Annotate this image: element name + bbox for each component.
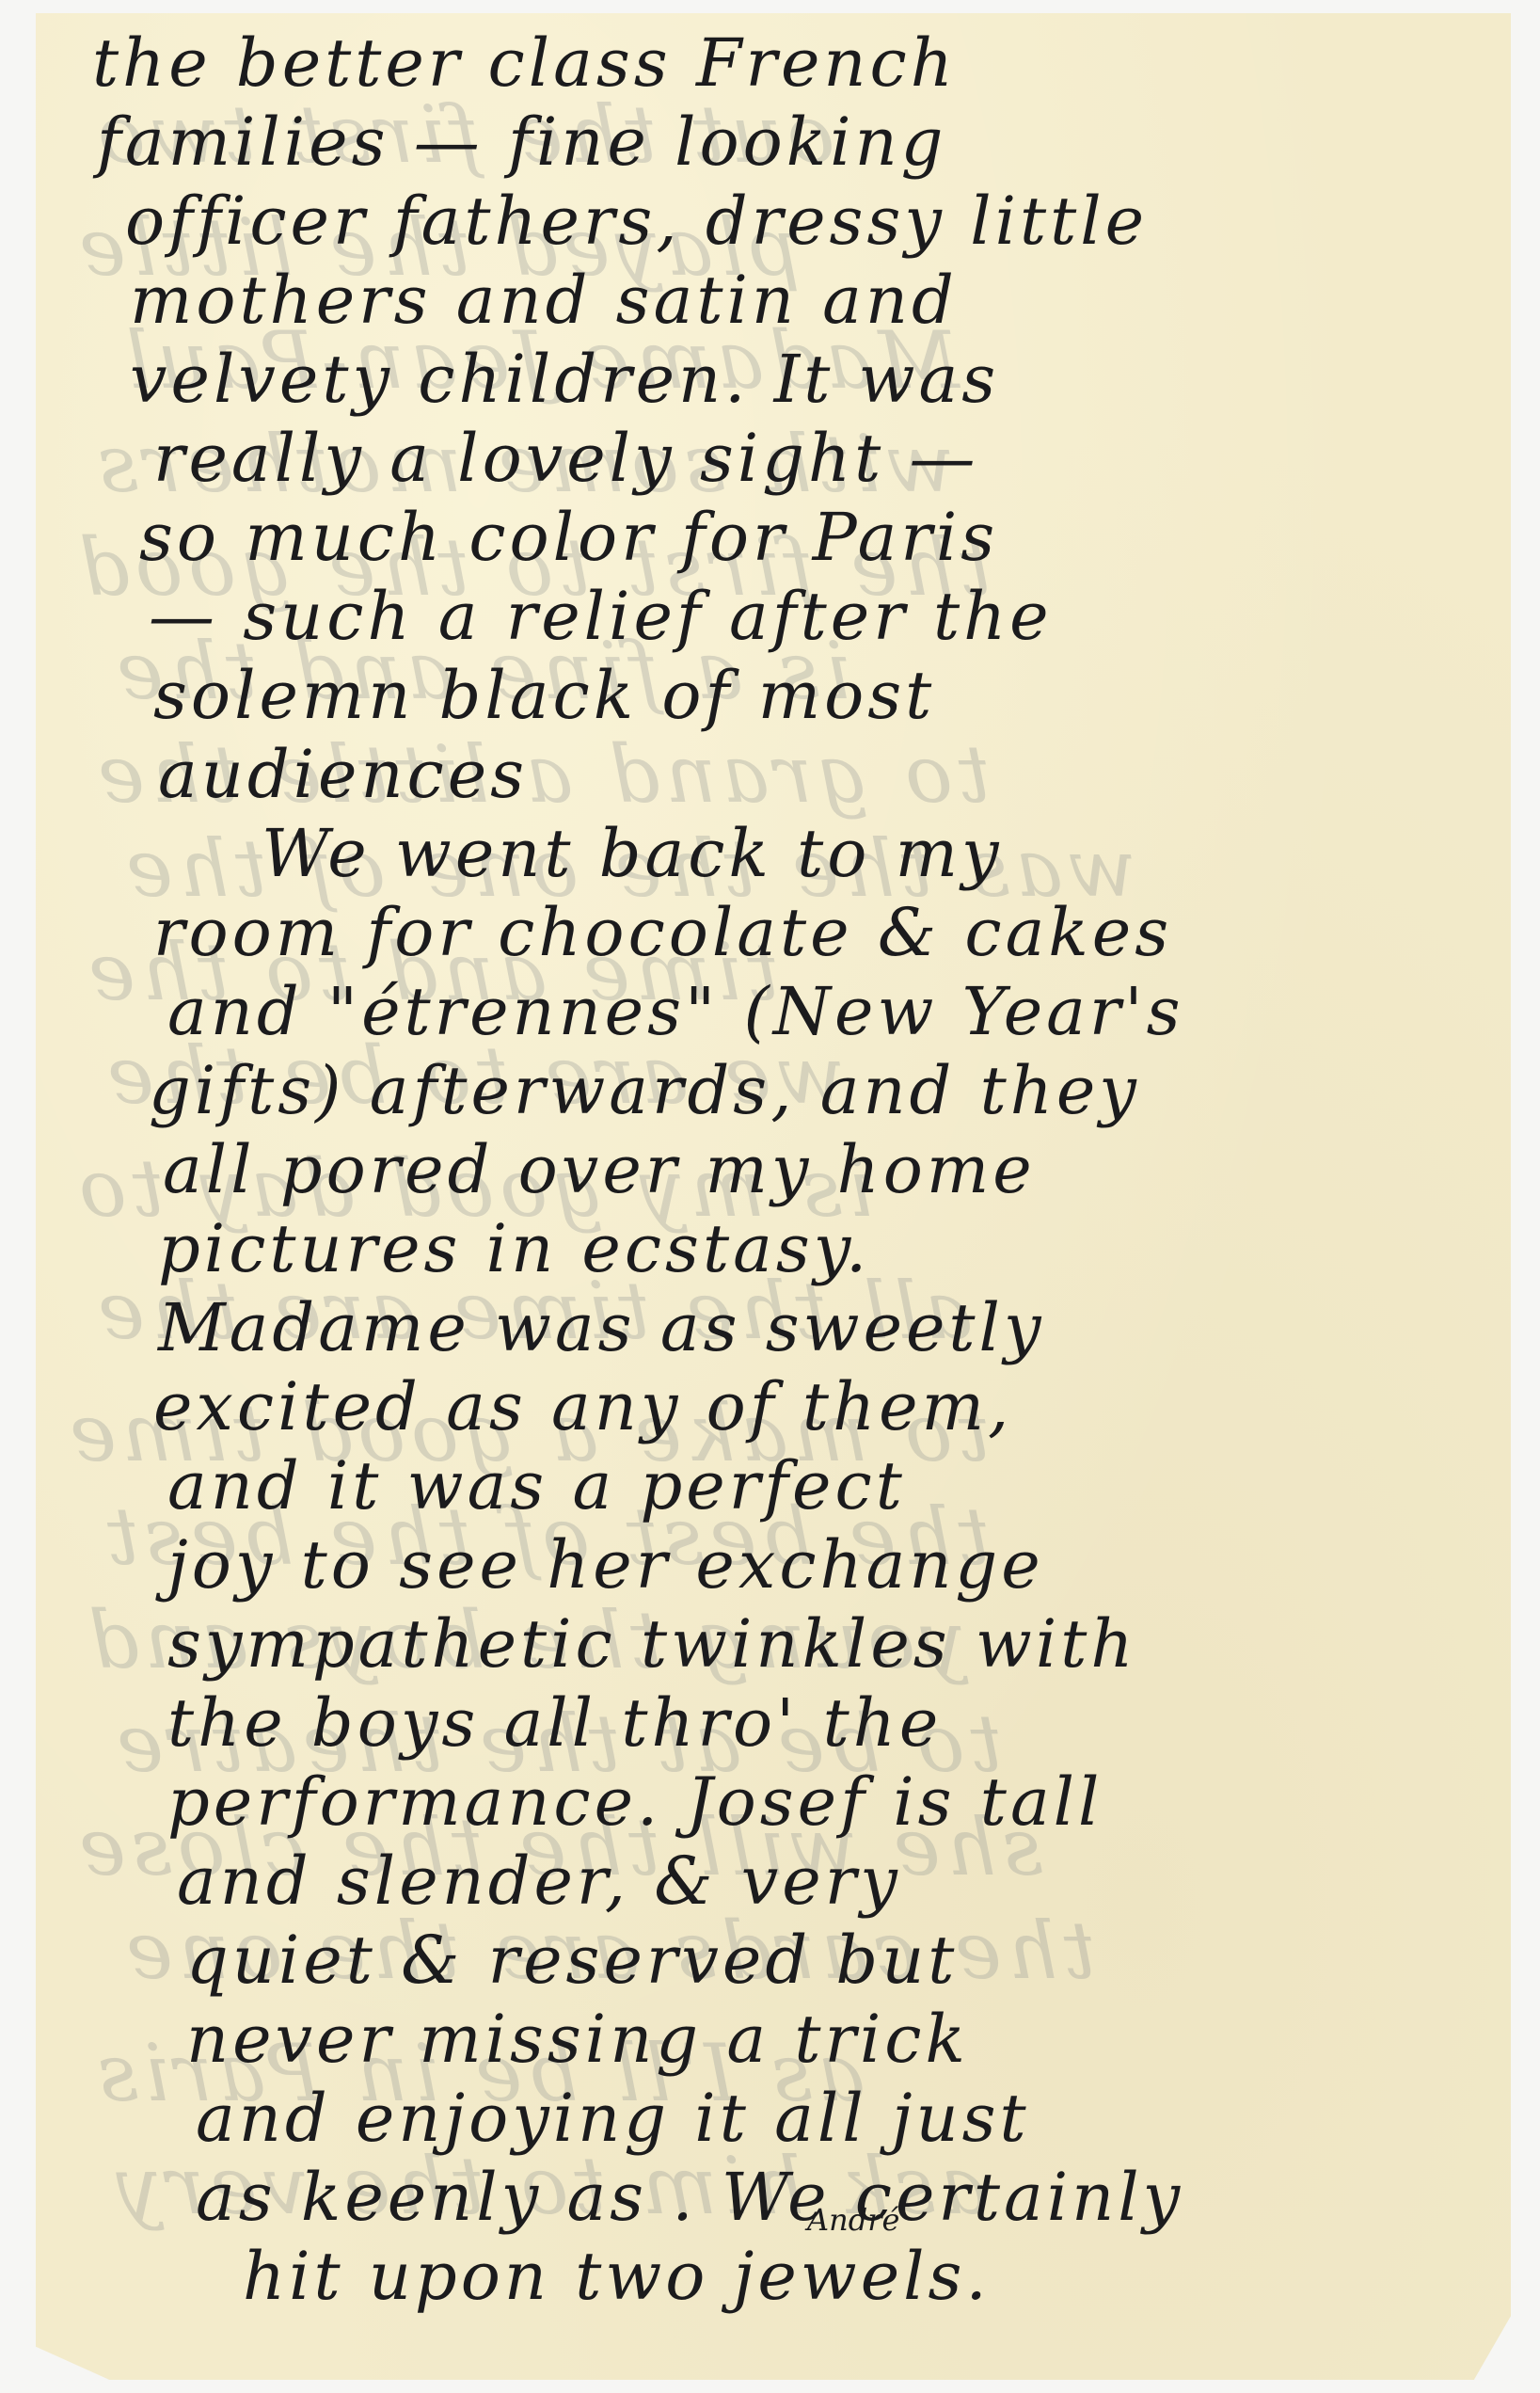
text-line: We went back to my	[262, 821, 1003, 886]
text-line: and slender, & very	[177, 1848, 901, 1914]
text-line: joy to see her exchange	[167, 1532, 1044, 1598]
text-line: solemn black of most	[153, 662, 935, 728]
letter-page: out the first two played the little Mada…	[36, 13, 1511, 2380]
text-line: and "étrennes" (New Year's	[167, 979, 1184, 1045]
text-line: performance. Josef is tall	[167, 1769, 1103, 1835]
text-line: never missing a trick	[186, 2006, 969, 2072]
text-line: audiences	[158, 742, 528, 807]
text-line: mothers and satin and	[130, 267, 958, 333]
text-line: really a lovely sight —	[153, 425, 978, 491]
text-line: velvety children. It was	[130, 346, 999, 412]
text-line: the boys all thro' the	[167, 1690, 942, 1756]
text-line: as keenly as . We certainly	[196, 2164, 1183, 2230]
handwritten-text: the better class Frenchfamilies — fine l…	[36, 13, 1511, 2380]
text-line: — such a relief after the	[149, 583, 1053, 649]
text-line: hit upon two jewels.	[243, 2243, 991, 2309]
text-line: room for chocolate & cakes	[153, 900, 1172, 965]
text-line: families — fine looking	[97, 109, 946, 175]
text-line: excited as any of them,	[153, 1374, 1012, 1440]
text-line: so much color for Paris	[139, 504, 998, 570]
text-line: officer fathers, dressy little	[125, 188, 1148, 254]
text-line: Madame was as sweetly	[158, 1295, 1045, 1361]
inserted-word: André	[807, 2202, 899, 2238]
text-line: and enjoying it all just	[196, 2085, 1030, 2151]
text-line: and it was a perfect	[167, 1453, 906, 1519]
text-line: all pored over my home	[163, 1137, 1036, 1203]
text-line: pictures in ecstasy.	[158, 1216, 870, 1282]
text-line: gifts) afterwards, and they	[149, 1058, 1140, 1124]
text-line: quiet & reserved but	[186, 1927, 958, 1993]
text-line: the better class French	[92, 30, 957, 96]
text-line: sympathetic twinkles with	[167, 1611, 1136, 1677]
